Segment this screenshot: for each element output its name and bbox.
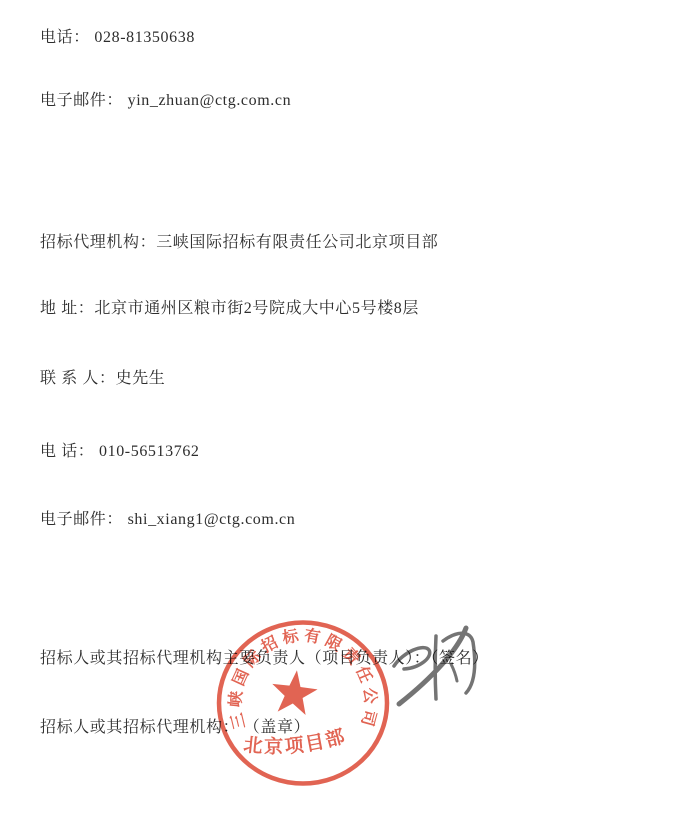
company-seal-stamp: 三峡国际招标有限责任公司 北京项目部 <box>219 623 387 784</box>
doc-line-contact-person: 联 系 人：史先生 <box>40 368 165 390</box>
seal-star-icon <box>271 669 319 716</box>
doc-line-agency: 招标代理机构：三峡国际招标有限责任公司北京项目部 <box>40 232 438 254</box>
document-page: 电话： 028-81350638 电子邮件： yin_zhuan@ctg.com… <box>0 0 675 818</box>
doc-line-org-stamp: 招标人或其招标代理机构： （盖章） <box>40 717 310 739</box>
doc-line-email-1: 电子邮件： yin_zhuan@ctg.com.cn <box>40 90 291 112</box>
doc-line-phone-1: 电话： 028-81350638 <box>40 27 195 49</box>
stamp-signature-overlay: 三峡国际招标有限责任公司 北京项目部 <box>0 0 675 818</box>
seal-ring <box>219 623 387 784</box>
doc-line-email-2: 电子邮件： shi_xiang1@ctg.com.cn <box>40 509 295 531</box>
doc-line-principal-sign: 招标人或其招标代理机构主要负责人（项目负责人）：（签名） <box>40 648 489 670</box>
doc-line-address: 地 址：北京市通州区粮市街2号院成大中心5号楼8层 <box>40 298 419 320</box>
doc-line-phone-2: 电 话： 010-56513762 <box>40 441 200 463</box>
